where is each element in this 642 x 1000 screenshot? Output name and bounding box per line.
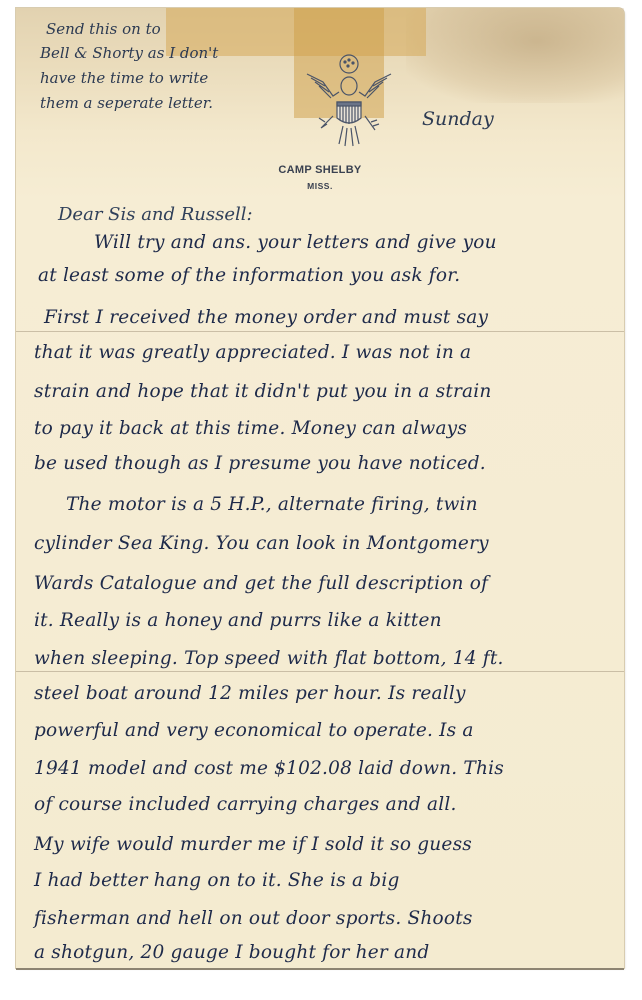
body-line: a shotgun, 20 gauge I bought for her and xyxy=(34,942,429,963)
margin-note-line: have the time to write xyxy=(40,69,208,87)
letter-page: CAMP SHELBY MISS. Send this on to Bell &… xyxy=(16,8,624,968)
body-line: I had better hang on to it. She is a big xyxy=(34,870,400,891)
salutation: Dear Sis and Russell: xyxy=(58,204,253,225)
margin-note-line: Send this on to xyxy=(46,20,161,38)
body-line: The motor is a 5 H.P., alternate firing,… xyxy=(66,494,478,515)
fold-line xyxy=(16,331,624,332)
body-line: be used though as I presume you have not… xyxy=(34,453,486,474)
body-line: when sleeping. Top speed with flat botto… xyxy=(34,648,504,669)
body-line: First I received the money order and mus… xyxy=(44,307,488,328)
body-line: powerful and very economical to operate.… xyxy=(34,720,474,741)
water-stain xyxy=(406,8,624,103)
body-line: fisherman and hell on out door sports. S… xyxy=(34,908,473,929)
page-bottom-edge xyxy=(16,968,624,970)
margin-note-line: Bell & Shorty as I don't xyxy=(40,44,218,62)
letter-date: Sunday xyxy=(422,108,494,130)
margin-note-line: them a seperate letter. xyxy=(40,94,213,112)
body-line: Wards Catalogue and get the full descrip… xyxy=(34,573,488,594)
letterhead-state: MISS. xyxy=(16,181,624,191)
body-line: steel boat around 12 miles per hour. Is … xyxy=(34,683,466,704)
body-line: to pay it back at this time. Money can a… xyxy=(34,418,467,439)
body-line: at least some of the information you ask… xyxy=(38,265,460,286)
body-line: 1941 model and cost me $102.08 laid down… xyxy=(34,758,504,779)
body-line: that it was greatly appreciated. I was n… xyxy=(34,342,471,363)
body-line: of course included carrying charges and … xyxy=(34,794,457,815)
letterhead-camp: CAMP SHELBY xyxy=(16,164,624,176)
body-line: Will try and ans. your letters and give … xyxy=(94,232,497,253)
body-line: cylinder Sea King. You can look in Montg… xyxy=(34,533,489,554)
fold-line xyxy=(16,671,624,672)
body-line: My wife would murder me if I sold it so … xyxy=(34,834,472,855)
body-line: strain and hope that it didn't put you i… xyxy=(34,381,491,402)
great-seal-eagle-icon xyxy=(303,52,395,148)
body-line: it. Really is a honey and purrs like a k… xyxy=(34,610,442,631)
